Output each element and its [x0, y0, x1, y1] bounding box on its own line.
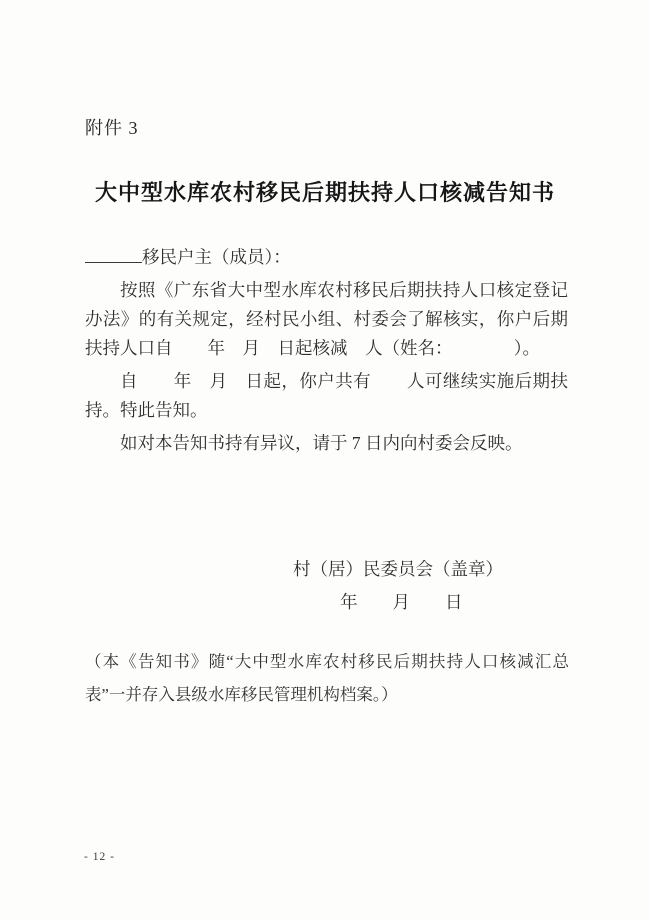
archive-footnote: （本《告知书》随“大中型水库农村移民后期扶持人口核减汇总表”一并存入县级水库移民…: [85, 645, 569, 711]
signature-date-line: 年 月 日: [340, 589, 650, 615]
scanned-document-page: 附件 3 大中型水库农村移民后期扶持人口核减告知书 移民户主（成员）： 按照《广…: [0, 0, 650, 919]
signature-organization: 村（居）民委员会（盖章）: [293, 556, 650, 582]
body-paragraph-2: 自 年 月 日起，你户共有 人可继续实施后期扶持。特此告知。: [85, 367, 568, 425]
body-paragraph-1: 按照《广东省大中型水库农村移民后期扶持人口核定登记办法》的有关规定，经村民小组、…: [85, 276, 568, 363]
document-title: 大中型水库农村移民后期扶持人口核减告知书: [0, 176, 650, 207]
householder-name-blank: [85, 244, 142, 263]
page-number: - 12 -: [84, 851, 115, 863]
salutation-line: 移民户主（成员）：: [85, 243, 568, 272]
attachment-label: 附件 3: [85, 114, 139, 140]
body-paragraph-3: 如对本告知书持有异议，请于 7 日内向村委会反映。: [85, 429, 568, 458]
salutation-text: 移民户主（成员）：: [142, 247, 291, 267]
document-body: 移民户主（成员）： 按照《广东省大中型水库农村移民后期扶持人口核定登记办法》的有…: [85, 243, 568, 458]
signature-block: 村（居）民委员会（盖章） 年 月 日: [0, 556, 650, 615]
